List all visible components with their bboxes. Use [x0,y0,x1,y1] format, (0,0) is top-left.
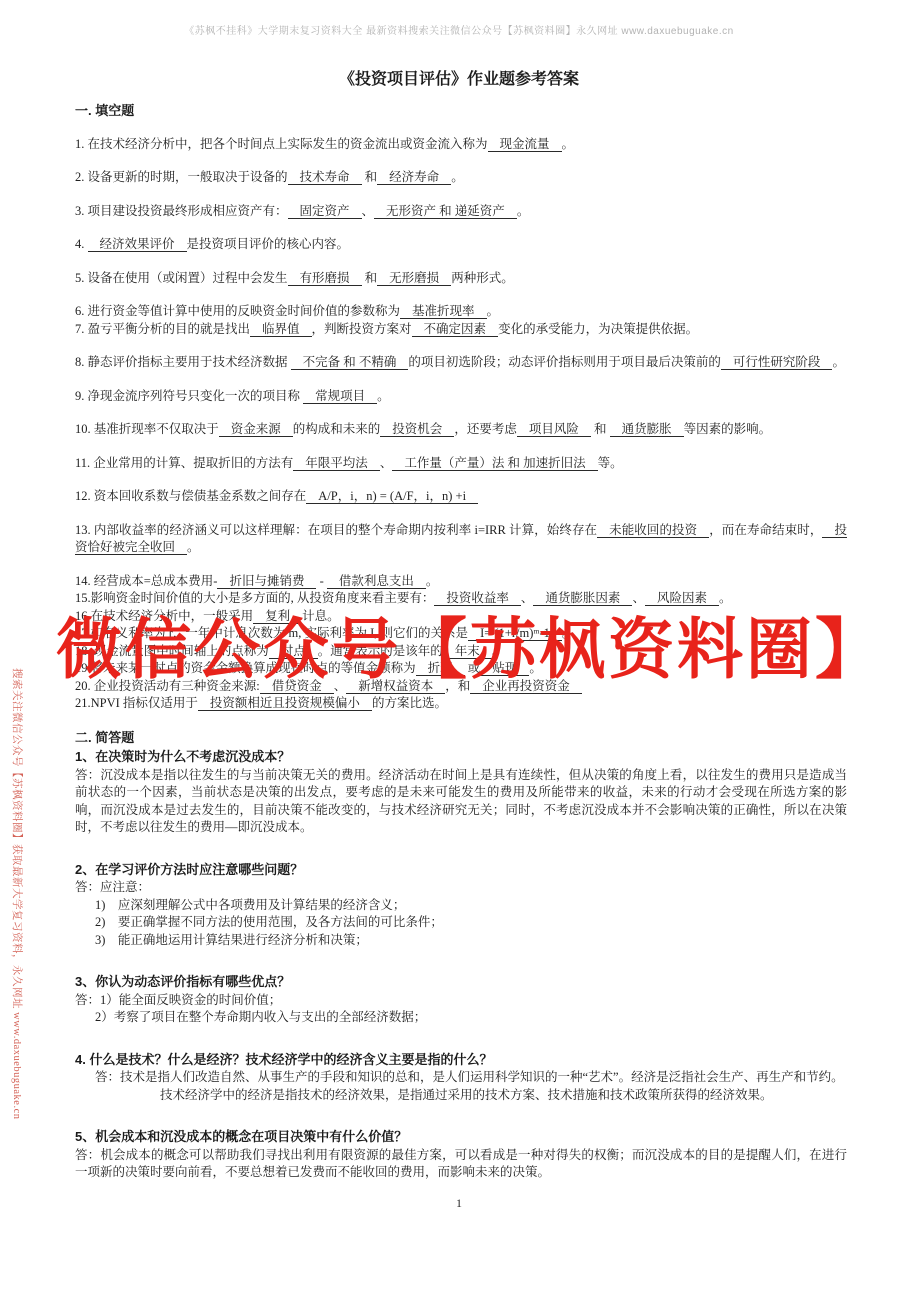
blank-value: 技术寿命 [288,170,362,185]
fill-text: 、 [380,456,393,470]
question-title: 1、在决策时为什么不考虑沉没成本？ [75,748,847,766]
fill-item: 4. 经济效果评价是投资项目评价的核心内容。 [75,236,847,254]
fill-text: 1. 在技术经济分析中，把各个时间点上实际发生的资金流出或资金流入称为 [75,137,488,151]
fill-item: 17.如名义利率为 r，一年中计息次数为 m, 实际利率为 I, 则它们的关系是… [75,625,847,643]
fill-text: 的构成和未来的 [293,422,381,436]
question-block: 2、在学习评价方法时应注意哪些问题？答：应注意：1) 应深刻理解公式中各项费用及… [75,861,847,950]
page-number: 1 [0,1196,918,1211]
fill-text: 、 [632,591,645,605]
fill-item: 21.NPVI 指标仅适用于投资额相近且投资规模偏小的方案比选。 [75,695,847,713]
fill-text: 和 [362,170,378,184]
blank-value: 不确定因素 [412,322,499,337]
blank-value: 投资机会 [380,422,454,437]
fill-item: 20. 企业投资活动有三种资金来源:借贷资金、新增权益资本，和企业再投资资金 [75,678,847,696]
fill-text: 。 [832,355,845,369]
answer-paragraph: 2) 要正确掌握不同方法的使用范围，及各方法间的可比条件； [75,914,847,932]
fill-text: 等因素的影响。 [684,422,772,436]
blank-value: 贴现 [480,661,529,676]
blank-value: 企业再投资资金 [470,679,582,694]
fill-text: 10. 基准折现率不仅取决于 [75,422,219,436]
answer-paragraph: 答：1）能全面反映资金的时间价值； [75,992,847,1010]
question-block: 4. 什么是技术？什么是经济？技术经济学中的经济含义主要是指的什么？答：技术是指… [75,1051,847,1105]
fill-text: 20. 企业投资活动有三种资金来源: [75,679,260,693]
fill-text: 、 [362,204,375,218]
fill-item: 7. 盈亏平衡分析的目的就是找出临界值，判断投资方案对不确定因素变化的承受能力，… [75,321,847,339]
fill-text: 。 [187,540,200,554]
blank-value: A/P，i，n) = (A/F，i，n) +i [306,489,478,504]
fill-text: 2. 设备更新的时期，一般取决于设备的 [75,170,288,184]
fill-text: 。 [562,137,575,151]
fill-text: 12. 资本回收系数与偿债基金系数之间存在 [75,489,306,503]
fill-text: 。 [451,170,464,184]
blank-value: 经济寿命 [377,170,451,185]
fill-item: 10. 基准折现率不仅取决于资金来源的构成和未来的投资机会，还要考虑项目风险 和… [75,421,847,439]
fill-item: 6. 进行资金等值计算中使用的反映资金时间价值的参数称为基准折现率。 [75,303,847,321]
short-answer-list: 1、在决策时为什么不考虑沉没成本？答：沉没成本是指以往发生的与当前决策无关的费用… [75,748,847,1182]
blank-value: 复利 [253,609,302,624]
fill-text: 11. 企业常用的计算、提取折旧的方法有 [75,456,293,470]
answer-paragraph: 技术经济学中的经济是指技术的经济效果，是指通过采用的技术方案、技术措施和技术政策… [160,1087,847,1105]
fill-text: 21.NPVI 指标仅适用于 [75,696,198,710]
blank-value: 通货膨胀 [610,422,684,437]
fill-item: 12. 资本回收系数与偿债基金系数之间存在A/P，i，n) = (A/F，i，n… [75,488,847,506]
fill-item: 1. 在技术经济分析中，把各个时间点上实际发生的资金流出或资金流入称为现金流量。 [75,136,847,154]
blank-value: 未能收回的投资 [597,523,709,538]
fill-item: 8. 静态评价指标主要用于技术经济数据 不完备 和 不精确的项目初选阶段；动态评… [75,354,847,372]
blank-value: 折现 [416,661,465,676]
blank-value: 无形资产 和 递延资产 [374,204,517,219]
answer-paragraph: 3) 能正确地运用计算结果进行经济分析和决策； [75,932,847,950]
header-note: 《苏枫不挂科》大学期末复习资料大全 最新资料搜索关注微信公众号【苏枫资料圈】永久… [0,22,918,37]
document-content: 一. 填空题 1. 在技术经济分析中，把各个时间点上实际发生的资金流出或资金流入… [75,102,847,1182]
fill-text: 19.将未来某一时点的资金金额换算成现在时点的等值金额称为 [75,661,416,675]
fill-text: 的方案比选。 [372,696,447,710]
fill-text: 等。 [598,456,623,470]
fill-text: 的项目初选阶段；动态评价指标则用于项目最后决策前的 [408,355,721,369]
fill-text: 17.如名义利率为 r，一年中计息次数为 m, 实际利率为 I, 则它们的关系是 [75,626,468,640]
blank-value: 投资收益率 [434,591,521,606]
fill-item: 11. 企业常用的计算、提取折旧的方法有年限平均法、工作量（产量）法 和 加速折… [75,455,847,473]
fill-text: 。 [529,661,542,675]
fill-text: ，还要考虑 [454,422,517,436]
fill-text: 7. 盈亏平衡分析的目的就是找出 [75,322,250,336]
fill-text: 。 [492,644,505,658]
blank-value: 有形磨损 [288,271,362,286]
fill-item: 16 在技术经济分析中，一般采用复利计息。 [75,608,847,626]
question-block: 1、在决策时为什么不考虑沉没成本？答：沉没成本是指以往发生的与当前决策无关的费用… [75,748,847,837]
blank-value: 通货膨胀因素 [533,591,632,606]
fill-item: 9. 净现金流序列符号只变化一次的项目称 常规项目。 [75,388,847,406]
blank-value: 固定资产 [288,204,362,219]
blank-value: I= (1+r/m)ᵐ-1 [468,626,562,641]
fill-text: 、 [334,679,347,693]
fill-text: 16 在技术经济分析中，一般采用 [75,609,253,623]
question-title: 2、在学习评价方法时应注意哪些问题？ [75,861,847,879]
fill-text: - [316,574,326,588]
fill-item: 14. 经营成本=总成本费用-折旧与摊销费 - 借款利息支出。 [75,573,847,591]
answer-paragraph: 1) 应深刻理解公式中各项费用及计算结果的经济含义； [75,897,847,915]
blank-value: 风险因素 [645,591,719,606]
fill-text: 、 [521,591,534,605]
blank-value: 常规项目 [303,389,377,404]
fill-text: 8. 静态评价指标主要用于技术经济数据 [75,355,291,369]
blank-value: 无形磨损 [377,271,451,286]
fill-text: ，而在寿命结束时， [709,523,822,537]
blank-value: 工作量（产量）法 和 加速折旧法 [392,456,597,471]
fill-item: 13. 内部收益率的经济涵义可以这样理解：在项目的整个寿命期内按利率 i=IRR… [75,522,847,557]
fill-item: 19.将未来某一时点的资金金额换算成现在时点的等值金额称为折现 或贴现。 [75,660,847,678]
fill-text: 两种形式。 [451,271,514,285]
blank-value: 资金来源 [219,422,293,437]
fill-item: 15.影响资金时间价值的大小是多方面的, 从投资角度来看主要有：投资收益率、通货… [75,590,847,608]
blank-value: 基准折现率 [400,304,487,319]
fill-text: 9. 净现金流序列符号只变化一次的项目称 [75,389,303,403]
blank-value: 可行性研究阶段 [721,355,833,370]
blank-value: 新增权益资本 [346,679,445,694]
answer-paragraph: 答：沉没成本是指以往发生的与当前决策无关的费用。经济活动在时间上是具有连续性，但… [75,767,847,837]
question-title: 3、你认为动态评价指标有哪些优点？ [75,973,847,991]
blank-value: 现金流量 [488,137,562,152]
fill-text: 和 [362,271,378,285]
question-title: 5、机会成本和沉没成本的概念在项目决策中有什么价值？ [75,1128,847,1146]
fill-text: 变化的承受能力，为决策提供依据。 [498,322,698,336]
document-page: 《苏枫不挂科》大学期末复习资料大全 最新资料搜索关注微信公众号【苏枫资料圈】永久… [0,0,918,1298]
fill-text: 15.影响资金时间价值的大小是多方面的, 从投资角度来看主要有： [75,591,434,605]
answer-paragraph: 答：技术是指人们改造自然、从事生产的手段和知识的总和，是人们运用科学知识的一种“… [75,1069,847,1087]
fill-text: 。通常表示的是该年的 [318,644,443,658]
fill-text: 13. 内部收益率的经济涵义可以这样理解：在项目的整个寿命期内按利率 i=IRR… [75,523,597,537]
fill-text: 5. 设备在使用（或闲置）过程中会发生 [75,271,288,285]
fill-item: 5. 设备在使用（或闲置）过程中会发生有形磨损 和无形磨损两种形式。 [75,270,847,288]
section1-heading: 一. 填空题 [75,102,847,120]
fill-text: 或 [465,661,481,675]
page-title: 《投资项目评估》作业题参考答案 [0,66,918,89]
question-title: 4. 什么是技术？什么是经济？技术经济学中的经济含义主要是指的什么？ [75,1051,847,1069]
watermark-left-vertical-text: 搜索关注微信公众号【苏枫资料圈】获取最新大学复习资料，永久网址 www.daxu… [10,668,25,1120]
fill-text: 18. 现金流量图中时间轴上的点称为 [75,644,269,658]
blank-value: 借贷资金 [260,679,334,694]
fill-text: 。 [719,591,732,605]
fill-text: 14. 经营成本=总成本费用- [75,574,217,588]
answer-paragraph: 2）考察了项目在整个寿命期内收入与支出的全部经济数据； [75,1009,847,1027]
question-block: 5、机会成本和沉没成本的概念在项目决策中有什么价值？答：机会成本的概念可以帮助我… [75,1128,847,1182]
blank-value: 临界值 [250,322,312,337]
blank-value: 年限平均法 [293,456,380,471]
question-block: 3、你认为动态评价指标有哪些优点？答：1）能全面反映资金的时间价值；2）考察了项… [75,973,847,1027]
answer-paragraph: 答：应注意： [75,879,847,897]
answer-paragraph: 答：机会成本的概念可以帮助我们寻找出利用有限资源的最佳方案，可以看成是一种对得失… [75,1147,847,1182]
blank-value: 经济效果评价 [88,237,187,252]
blank-value: 投资额相近且投资规模偏小 [198,696,372,711]
fill-text: 4. [75,237,88,251]
fill-text: 。 [377,389,390,403]
fill-text: 和 [591,422,610,436]
blank-value: 时点 [269,644,318,659]
fill-text: 计息。 [302,609,340,623]
fill-item: 2. 设备更新的时期，一般取决于设备的技术寿命 和经济寿命。 [75,169,847,187]
fill-text: 。 [562,626,575,640]
fill-text: ，判断投资方案对 [312,322,412,336]
blank-value: 折旧与摊销费 [217,574,316,589]
blank-value: 借款利息支出 [327,574,426,589]
section2-heading: 二. 简答题 [75,729,847,747]
fill-text: 。 [517,204,530,218]
fill-text: ，和 [445,679,470,693]
fill-text: 3. 项目建设投资最终形成相应资产有： [75,204,288,218]
fill-item: 3. 项目建设投资最终形成相应资产有：固定资产、无形资产 和 递延资产。 [75,203,847,221]
fill-text: 6. 进行资金等值计算中使用的反映资金时间价值的参数称为 [75,304,400,318]
fill-item: 18. 现金流量图中时间轴上的点称为时点。通常表示的是该年的年末。 [75,643,847,661]
fill-in-blank-list: 1. 在技术经济分析中，把各个时间点上实际发生的资金流出或资金流入称为现金流量。… [75,136,847,713]
blank-value: 项目风险 [517,422,591,437]
fill-text: 是投资项目评价的核心内容。 [187,237,350,251]
fill-text: 。 [426,574,439,588]
fill-text: 。 [487,304,500,318]
blank-value: 年末 [443,644,492,659]
blank-value: 不完备 和 不精确 [291,355,409,370]
